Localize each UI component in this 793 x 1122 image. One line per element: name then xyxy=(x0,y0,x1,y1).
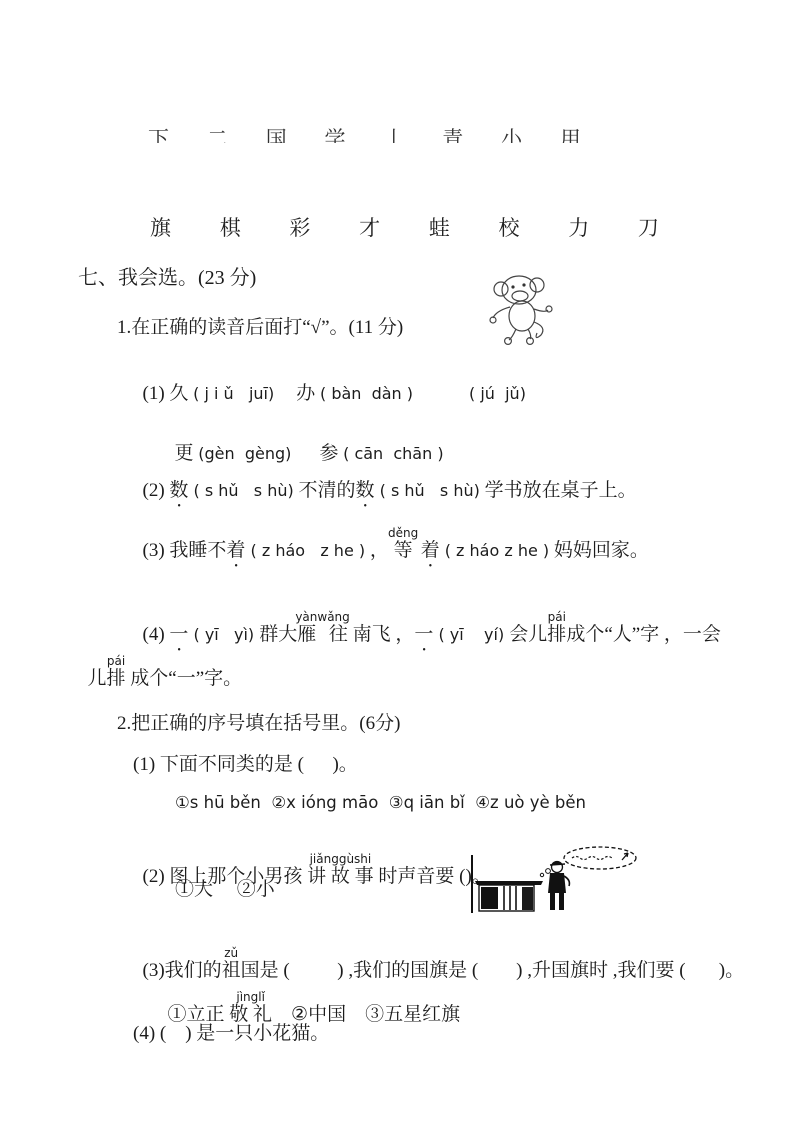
ruby-base: 排 xyxy=(107,668,126,689)
character-row: 旗 棋 彩 才 蛙 校 力 刀 xyxy=(150,212,659,242)
hanzi-segment: 成个“人”字 ，一会 xyxy=(566,624,721,645)
match-char: 校 xyxy=(499,212,520,242)
q2-item2-options: ①大 ②小 xyxy=(175,878,275,902)
boy-telling-story-illustration xyxy=(462,845,640,917)
hanzi-segment: 儿 xyxy=(88,668,107,689)
hanzi-segment: (1) 久 xyxy=(143,383,194,404)
clipped-char: 国 xyxy=(266,126,287,143)
emphasized-char: 一 xyxy=(414,624,433,645)
pinyin-segment: ( z háo z he ) xyxy=(245,541,365,560)
ruby-annotation: zǔ xyxy=(222,946,241,960)
pinyin-segment: ( yī yí) xyxy=(433,625,509,644)
monkey-illustration xyxy=(486,270,556,348)
q2-item1-line: (1) 下面不同类的是 ( )。 xyxy=(133,753,358,777)
match-char: 蛙 xyxy=(429,212,450,242)
hanzi-segment: 南飞 ， xyxy=(348,624,415,645)
match-char: 棋 xyxy=(220,212,241,242)
clipped-char: 青 xyxy=(442,126,463,143)
hanzi-segment: (2) xyxy=(143,480,170,501)
ruby-pai: 排pái xyxy=(547,624,566,645)
q2-item1-options: ①s hū běn ②x ióng māo ③q iān bǐ ④z uò yè… xyxy=(175,793,586,814)
ruby-base: 讲 故 事 xyxy=(307,866,374,887)
emphasized-char: 数 xyxy=(356,480,375,501)
ruby-yanwang: 雁 往yànwǎng xyxy=(297,624,348,645)
q1-item3-line: (3) 我睡不着 ( z háo z he ) ， 等děng 着 ( z há… xyxy=(133,506,649,572)
pinyin-segment: ( s hǔ s hù) xyxy=(375,481,480,500)
ruby-deng: 等děng xyxy=(394,540,416,561)
clipped-char: 下 xyxy=(148,126,169,143)
question2-title: 2.把正确的序号填在括号里。(6分) xyxy=(117,712,400,736)
ruby-annotation: jiǎnggùshi xyxy=(307,852,374,866)
match-char: 力 xyxy=(568,212,589,242)
hanzi-segment: 办 xyxy=(296,383,320,404)
hanzi-segment: 成个“一”字。 xyxy=(126,668,243,689)
emphasized-char: 数 xyxy=(169,480,188,501)
q2-item4-line: (4) ( ) 是一只小花猫。 xyxy=(133,1022,329,1046)
section-seven-heading: 七、我会选。(23 分) xyxy=(78,266,256,291)
clipped-char: 丨 xyxy=(383,126,404,143)
emphasized-char: 着 xyxy=(226,540,245,561)
pinyin-segment: ( bàn dàn ) xyxy=(320,384,413,403)
ruby-jianggushi: 讲 故 事jiǎnggùshi xyxy=(307,866,374,887)
ruby-base: 雁 往 xyxy=(295,624,349,645)
q2-item3-options: ①立正 敬 礼jìnglǐ ②中国 ③五星红旗 xyxy=(158,970,460,1027)
hanzi-segment: 群大 xyxy=(259,624,297,645)
clipped-char: 小 xyxy=(501,126,522,143)
ruby-annotation: jìnglǐ xyxy=(229,990,272,1004)
ruby-annotation: pái xyxy=(547,610,566,624)
q1-item4-line2: 儿排pái 成个“一”字。 xyxy=(78,634,242,691)
match-char: 彩 xyxy=(289,212,310,242)
pinyin-segment: ( j i ǔ juī) xyxy=(193,384,274,403)
hanzi-segment: 不清的 xyxy=(294,480,356,501)
ruby-annotation: yànwǎng xyxy=(295,610,349,624)
clipped-char-row: 下 二 国 学 丨 青 小 用 xyxy=(148,126,581,143)
q1-item2-line: (2) 数 ( s hǔ s hù) 不清的数 ( s hǔ s hù) 学书放… xyxy=(133,455,637,512)
match-char: 刀 xyxy=(638,212,659,242)
match-char: 旗 xyxy=(150,212,171,242)
q1-item1-line: (1) 久 ( j i ǔ juī)办 ( bàn dàn )( jú jǔ) xyxy=(133,358,526,406)
clipped-char: 二 xyxy=(207,126,228,143)
question1-title: 1.在正确的读音后面打“√”。(11 分) xyxy=(117,316,403,340)
ruby-annotation: děng xyxy=(388,526,418,540)
hanzi-segment: 妈妈回家。 xyxy=(549,540,649,561)
ruby-base: 排 xyxy=(547,624,566,645)
hanzi-segment: (3) 我睡不 xyxy=(143,540,227,561)
clipped-char: 用 xyxy=(560,126,581,143)
clipped-char: 学 xyxy=(325,126,346,143)
emphasized-char: 着 xyxy=(421,540,440,561)
ruby-pai: 排pái xyxy=(107,668,126,689)
hanzi-segment: 会儿 xyxy=(509,624,547,645)
exam-document: { "top": { "clipped_chars": ["下","二","国"… xyxy=(0,0,793,1122)
pinyin-segment: ( jú jǔ) xyxy=(469,384,526,403)
pinyin-segment: ( s hǔ s hù) xyxy=(188,481,293,500)
ruby-annotation: pái xyxy=(107,654,126,668)
ruby-base: 等 xyxy=(388,540,418,561)
pinyin-segment: ( z háo z he ) xyxy=(440,541,550,560)
match-char: 才 xyxy=(359,212,380,242)
hanzi-segment: 学书放在桌子上。 xyxy=(480,480,637,501)
